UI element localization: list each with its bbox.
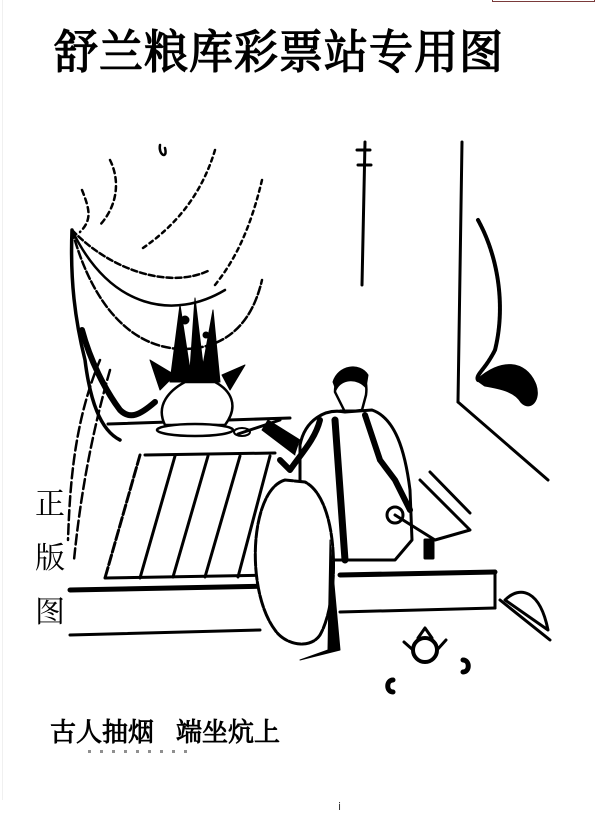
side-label-char: 版	[30, 532, 70, 586]
side-label-genuine-edition: 正 版 图	[30, 478, 70, 640]
teapot-set	[388, 628, 469, 692]
curtain	[68, 145, 262, 560]
page-number: i	[338, 800, 341, 813]
top-tab-marker	[492, 0, 595, 2]
drum-stool	[255, 480, 333, 644]
ink-illustration	[0, 120, 595, 710]
hanging-cord	[357, 142, 371, 285]
caption-part-2: 端坐炕上	[176, 718, 280, 748]
side-label-char: 图	[30, 586, 70, 640]
wall-painting	[458, 142, 548, 480]
caption-part-1: 古人抽烟	[50, 718, 154, 748]
flower-vase	[150, 298, 245, 436]
page-title: 舒兰粮库彩票站专用图	[54, 22, 544, 85]
side-label-char: 正	[30, 478, 70, 532]
caption: 古人抽烟端坐炕上	[50, 712, 280, 749]
hat	[505, 592, 548, 630]
scan-noise	[88, 750, 188, 753]
